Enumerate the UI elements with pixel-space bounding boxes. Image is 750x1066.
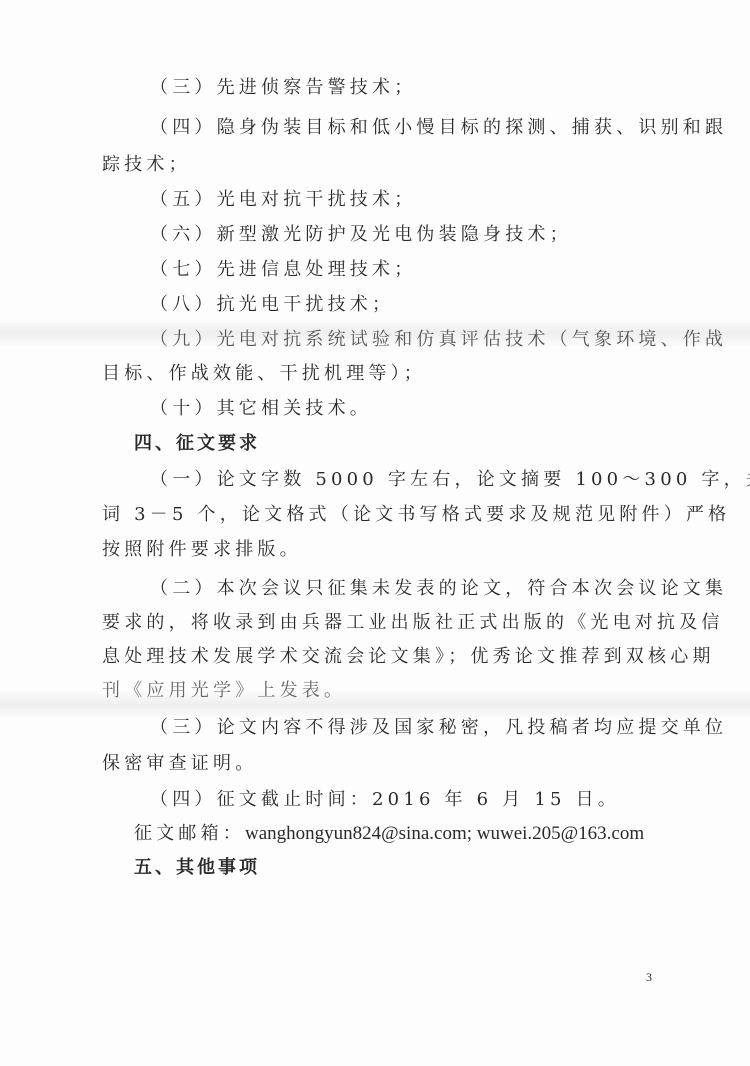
req-item-2-cont: 息处理技术发展学术交流会论文集》；优秀论文推荐到双核心期	[102, 645, 715, 669]
req-item-1-cont: 词 3－5 个，论文格式（论文书写格式要求及规范见附件）严格	[102, 503, 730, 527]
list-item-9-cont: 目标、作战效能、干扰机理等）；	[102, 362, 426, 386]
list-item-8: （八）抗光电干扰技术；	[150, 293, 394, 317]
page-number: 3	[646, 970, 652, 985]
email-addresses: wanghongyun824@sina.com; wuwei.205@163.c…	[245, 823, 644, 844]
req-item-4: （四）征文截止时间：2016 年 6 月 15 日。	[150, 788, 620, 812]
document-page: （三）先进侦察告警技术； （四）隐身伪装目标和低小慢目标的探测、捕获、识别和跟 …	[0, 0, 750, 1066]
list-item-4: （四）隐身伪装目标和低小慢目标的探测、捕获、识别和跟	[150, 116, 727, 140]
section-heading-5: 五、其他事项	[134, 856, 260, 880]
list-item-4-cont: 踪技术；	[102, 153, 191, 177]
req-item-2: （二）本次会议只征集未发表的论文，符合本次会议论文集	[150, 577, 727, 601]
req-item-1: （一）论文字数 5000 字左右，论文摘要 100～300 字，关键	[150, 468, 750, 492]
list-item-5: （五）光电对抗干扰技术；	[150, 188, 416, 212]
section-heading-4: 四、征文要求	[134, 432, 260, 456]
list-item-7: （七）先进信息处理技术；	[150, 258, 416, 282]
list-item-10: （十）其它相关技术。	[150, 397, 372, 421]
submission-email: 征文邮箱：wanghongyun824@sina.com; wuwei.205@…	[134, 822, 644, 846]
list-item-9: （九）光电对抗系统试验和仿真评估技术（气象环境、作战	[150, 328, 727, 352]
req-item-1-cont: 按照附件要求排版。	[102, 538, 302, 562]
req-item-3-cont: 保密审查证明。	[102, 752, 257, 776]
list-item-6: （六）新型激光防护及光电伪装隐身技术；	[150, 223, 572, 247]
list-item-3: （三）先进侦察告警技术；	[150, 76, 416, 100]
req-item-2-cont: 要求的，将收录到由兵器工业出版社正式出版的《光电对抗及信	[102, 611, 724, 635]
req-item-3: （三）论文内容不得涉及国家秘密，凡投稿者均应提交单位	[150, 716, 727, 740]
req-item-2-cont: 刊《应用光学》上发表。	[102, 679, 346, 703]
